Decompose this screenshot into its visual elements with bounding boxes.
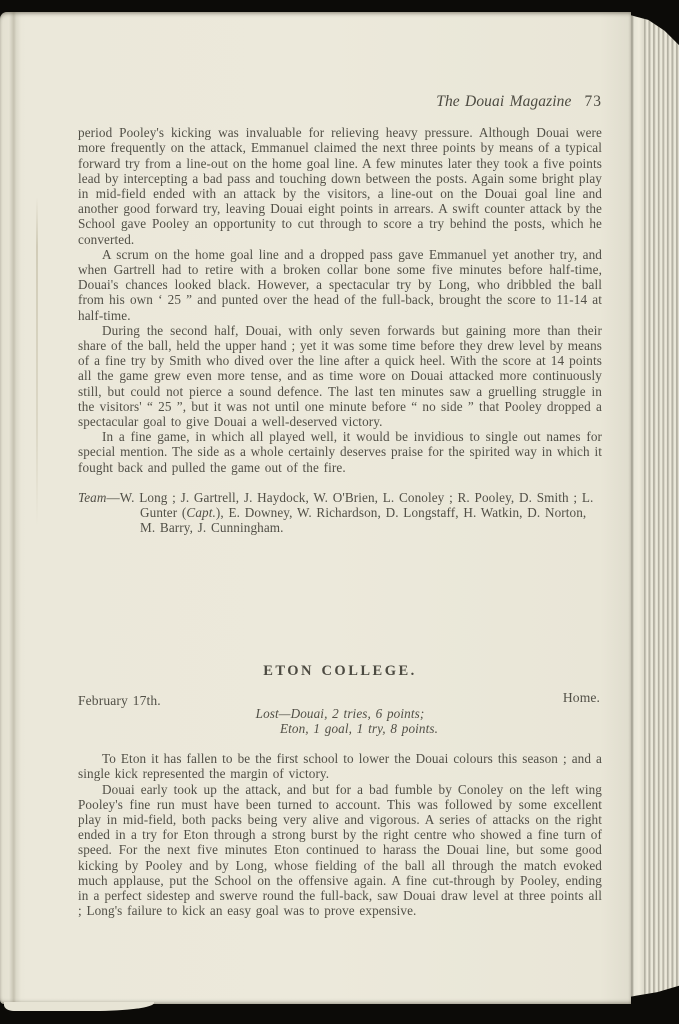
match-venue: Home. — [563, 690, 600, 705]
running-head: The Douai Magazine73 — [78, 94, 602, 109]
page-edge-stack — [631, 12, 679, 1002]
eton-paragraph-1: To Eton it has fallen to be the first sc… — [78, 751, 602, 781]
result-line-douai: Lost—Douai, 2 tries, 6 points; — [78, 706, 602, 721]
match-meta-row: February 17th. Home. Lost—Douai, 2 tries… — [78, 682, 602, 730]
report-paragraph-2: A scrum on the home goal line and a drop… — [78, 247, 602, 323]
eton-section: ETON COLLEGE. February 17th. Home. Lost—… — [78, 664, 602, 918]
team-label: Team — [78, 490, 107, 505]
match-result: Lost—Douai, 2 tries, 6 points; Eton, 1 g… — [78, 706, 602, 736]
section-heading: ETON COLLEGE. — [78, 664, 602, 679]
gutter-shadow — [9, 12, 21, 1004]
page-edge-stripes — [644, 12, 679, 1002]
result-line-eton: Eton, 1 goal, 1 try, 8 points. — [78, 721, 602, 736]
page-text-column: The Douai Magazine73 period Pooley's kic… — [78, 94, 602, 535]
page-number: 73 — [585, 93, 603, 110]
page-edge-first — [631, 12, 644, 1002]
captain-label: Capt. — [186, 505, 215, 520]
report-paragraph-3: During the second half, Douai, with only… — [78, 323, 602, 429]
team-list: Team—W. Long ; J. Gartrell, J. Haydock, … — [78, 490, 602, 536]
report-paragraph-4: In a fine game, in which all played well… — [78, 429, 602, 475]
page-scratch-mark — [36, 197, 38, 527]
eton-paragraph-2: Douai early took up the attack, and but … — [78, 782, 602, 919]
page-bottom-edge — [4, 1002, 154, 1011]
magazine-title: The Douai Magazine — [436, 93, 571, 110]
report-paragraph-1: period Pooley's kicking was invaluable f… — [78, 125, 602, 247]
